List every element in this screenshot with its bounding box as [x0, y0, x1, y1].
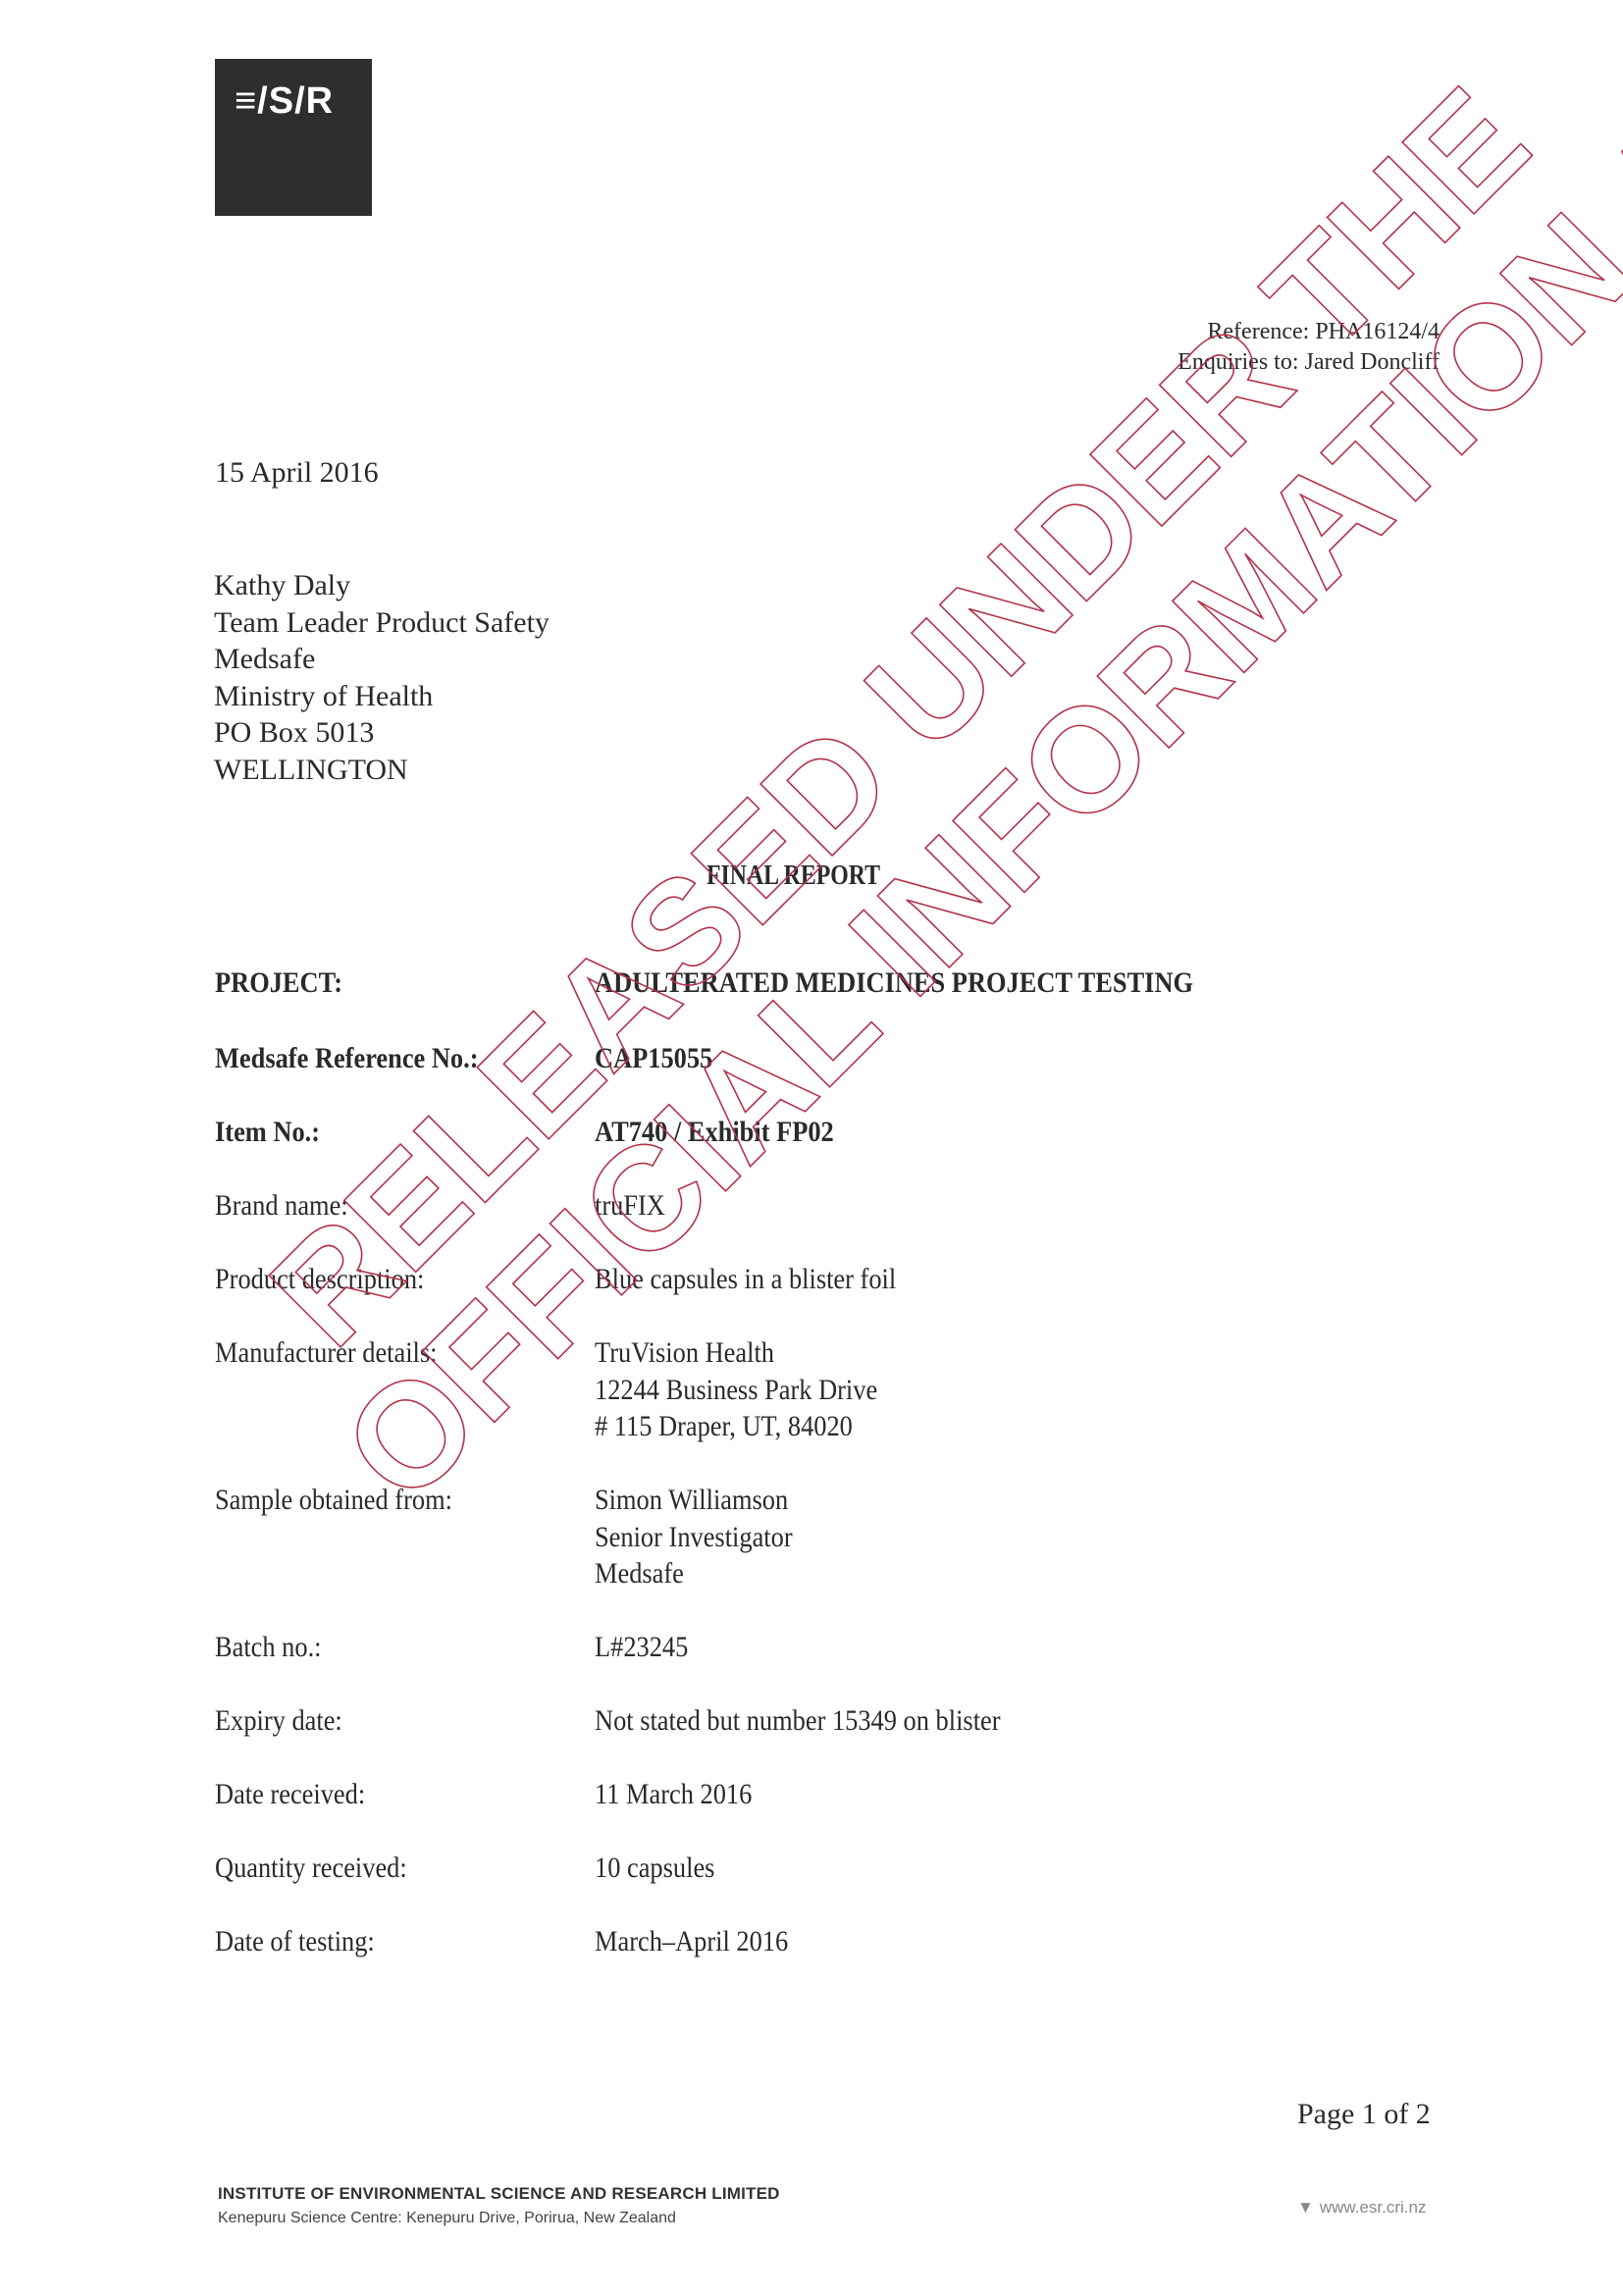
field-label: Medsafe Reference No.: — [215, 1040, 479, 1077]
recipient-org: Medsafe — [214, 641, 550, 678]
field-value-line: TruVision Health — [595, 1334, 877, 1372]
field-value-line: Medsafe — [595, 1555, 793, 1592]
reference-line: Reference: PHA16124/4 — [1178, 317, 1440, 347]
footer-organization: INSTITUTE OF ENVIRONMENTAL SCIENCE AND R… — [218, 2184, 780, 2204]
field-value-line: 10 capsules — [595, 1850, 714, 1887]
reference-block: Reference: PHA16124/4 Enquiries to: Jare… — [1178, 317, 1440, 378]
field-value: CAP15055 — [595, 1040, 712, 1077]
recipient-pobox: PO Box 5013 — [214, 714, 550, 752]
field-value-line: March–April 2016 — [595, 1923, 788, 1960]
recipient-name: Kathy Daly — [214, 567, 550, 604]
field-value-line: L#23245 — [595, 1629, 688, 1666]
field-value: ADULTERATED MEDICINES PROJECT TESTING — [595, 965, 1193, 1002]
field-label: Date of testing: — [215, 1923, 375, 1960]
recipient-title: Team Leader Product Safety — [214, 604, 550, 642]
field-value-line: Simon Williamson — [595, 1482, 793, 1519]
field-value-line: AT740 / Exhibit FP02 — [595, 1114, 834, 1151]
field-value: March–April 2016 — [595, 1923, 788, 1960]
field-value: AT740 / Exhibit FP02 — [595, 1114, 834, 1151]
arrow-icon: ▼ — [1297, 2198, 1314, 2217]
enquiries-line: Enquiries to: Jared Doncliff — [1178, 347, 1440, 378]
field-value-line: truFIX — [595, 1187, 665, 1225]
field-label: Date received: — [215, 1776, 365, 1813]
recipient-address: Kathy Daly Team Leader Product Safety Me… — [214, 567, 550, 788]
letter-date: 15 April 2016 — [215, 456, 379, 490]
field-value-line: Senior Investigator — [595, 1519, 793, 1556]
field-value-line: CAP15055 — [595, 1040, 712, 1077]
field-label: Expiry date: — [215, 1702, 342, 1740]
esr-logo: ≡/S/R — [215, 59, 372, 216]
field-value-line: 12244 Business Park Drive — [595, 1372, 877, 1409]
recipient-city: WELLINGTON — [214, 752, 550, 789]
field-label: Batch no.: — [215, 1629, 322, 1666]
field-label: Manufacturer details: — [215, 1334, 438, 1372]
field-value: L#23245 — [595, 1629, 688, 1666]
field-value: 10 capsules — [595, 1850, 714, 1887]
field-label: Sample obtained from: — [215, 1482, 452, 1519]
field-value-line: Not stated but number 15349 on blister — [595, 1702, 1001, 1740]
field-value-line: 11 March 2016 — [595, 1776, 752, 1813]
report-title: FINAL REPORT — [707, 861, 880, 892]
footer-address: Kenepuru Science Centre: Kenepuru Drive,… — [218, 2210, 676, 2227]
field-value: TruVision Health12244 Business Park Driv… — [595, 1334, 877, 1445]
logo-text: ≡/S/R — [235, 80, 334, 123]
field-value: 11 March 2016 — [595, 1776, 752, 1813]
website-text: www.esr.cri.nz — [1320, 2198, 1427, 2217]
field-value-line: ADULTERATED MEDICINES PROJECT TESTING — [595, 965, 1193, 1002]
page-number: Page 1 of 2 — [1297, 2098, 1431, 2131]
field-value: truFIX — [595, 1187, 665, 1225]
recipient-ministry: Ministry of Health — [214, 678, 550, 715]
footer-website: ▼www.esr.cri.nz — [1297, 2198, 1426, 2218]
field-label: PROJECT: — [215, 965, 342, 1002]
field-label: Quantity received: — [215, 1850, 407, 1887]
field-value-line: # 115 Draper, UT, 84020 — [595, 1408, 877, 1445]
field-label: Item No.: — [215, 1114, 320, 1151]
field-label: Brand name: — [215, 1187, 348, 1225]
field-value: Simon WilliamsonSenior InvestigatorMedsa… — [595, 1482, 793, 1592]
field-value-line: Blue capsules in a blister foil — [595, 1261, 896, 1298]
field-value: Not stated but number 15349 on blister — [595, 1702, 1001, 1740]
field-label: Product description: — [215, 1261, 424, 1298]
field-value: Blue capsules in a blister foil — [595, 1261, 896, 1298]
